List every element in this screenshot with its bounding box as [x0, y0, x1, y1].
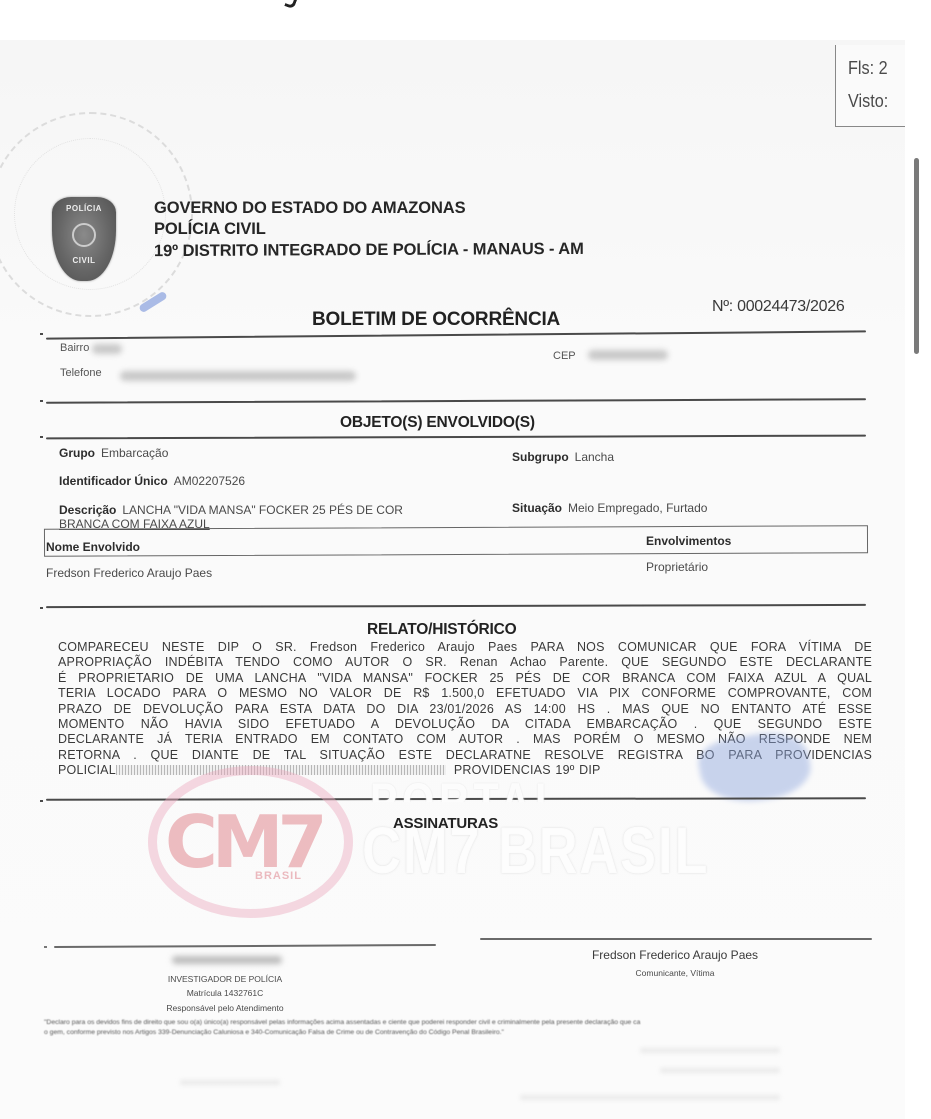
vertical-scrollbar[interactable] — [914, 158, 919, 354]
rule-dot — [40, 800, 43, 802]
cep-label: CEP — [553, 350, 576, 362]
folha-stamp-box: Fls: 2 Visto: — [835, 45, 905, 127]
declaration-line-2: o gem, conforme previsto nos Artigos 339… — [44, 1028, 874, 1038]
document-number: Nº: 00024473/2026 — [712, 298, 844, 316]
involved-table-header — [44, 525, 868, 557]
rule-dot — [44, 946, 47, 948]
rule-dot — [40, 436, 43, 438]
legal-declaration: "Declaro para os devidos fins de direito… — [44, 1018, 874, 1038]
badge-top-text: POLÍCIA — [52, 204, 116, 213]
org-police: POLÍCIA CIVIL — [154, 219, 584, 240]
investigator-role: INVESTIGADOR DE POLÍCIA — [140, 974, 310, 984]
investigator-matricula: Matrícula 1432761C — [140, 988, 310, 998]
involved-role-header: Envolvimentos — [646, 534, 731, 548]
rule-dot — [40, 400, 43, 402]
subgrupo-field: SubgrupoLancha — [512, 450, 614, 464]
telefone-value-redacted — [120, 371, 356, 381]
subgrupo-label: Subgrupo — [512, 450, 569, 464]
victim-name: Fredson Frederico Araujo Paes — [555, 948, 795, 962]
relato-line: COMPARECEU NESTE DIP O SR. Fredson Frede… — [58, 640, 872, 655]
grupo-value: Embarcação — [101, 446, 168, 460]
bleed-through-text — [660, 1068, 780, 1073]
descricao-value: LANCHA "VIDA MANSA" FOCKER 25 PÉS DE COR — [122, 503, 403, 517]
relato-line: PRAZO DE DEVOLUÇÃO PARA ESTA DATA DO DIA… — [58, 702, 872, 717]
bairro-value-redacted — [92, 344, 122, 354]
victim-role: Comunicante, Vítima — [580, 968, 770, 978]
rule-dot — [40, 607, 43, 609]
relato-section-title: RELATO/HISTÓRICO — [367, 621, 517, 639]
investigator-name-redacted — [172, 956, 282, 964]
rule-dot — [40, 333, 43, 335]
signatures-section-title: ASSINATURAS — [393, 815, 498, 832]
watermark-logo-sub: BRASIL — [255, 870, 302, 882]
grupo-label: Grupo — [59, 446, 95, 460]
grupo-field: GrupoEmbarcação — [59, 446, 168, 460]
org-district: 19º DISTRITO INTEGRADO DE POLÍCIA - MANA… — [154, 239, 584, 262]
document-title: BOLETIM DE OCORRÊNCIA — [312, 309, 560, 331]
organization-header: GOVERNO DO ESTADO DO AMAZONAS POLÍCIA CI… — [154, 198, 584, 261]
relato-line: APROPRIAÇÃO INDÉBITA TENDO COMO AUTOR O … — [58, 655, 872, 670]
screenshot-viewer: Fls: 2 Visto: POLÍCIA CIVIL GOVERNO DO E… — [0, 0, 931, 1119]
relato-line: MOMENTO NÃO HAVIA SIDO EFETUADO A DEVOLU… — [58, 717, 872, 732]
bleed-through-text — [640, 1048, 780, 1053]
telefone-label: Telefone — [60, 367, 102, 379]
declaration-line-1: "Declaro para os devidos fins de direito… — [44, 1018, 874, 1028]
relato-line: É PROPRIETARIO DE UMA LANCHA "VIDA MANSA… — [58, 671, 872, 686]
badge-bottom-text: CIVIL — [52, 256, 116, 265]
relato-last-start: POLICIAL — [58, 763, 116, 777]
relato-line: TERIA LOCADO PARA O MESMO NO VALOR DE R$… — [58, 686, 872, 701]
org-government: GOVERNO DO ESTADO DO AMAZONAS — [154, 198, 584, 219]
bairro-label: Bairro — [60, 342, 89, 354]
identificador-field: Identificador ÚnicoAM02207526 — [59, 474, 245, 488]
descricao-field: DescriçãoLANCHA "VIDA MANSA" FOCKER 25 P… — [59, 503, 403, 517]
involved-name-header: Nome Envolvido — [46, 540, 140, 554]
signature-line-right — [480, 938, 872, 940]
visto-label: Visto: — [848, 91, 888, 112]
folha-label: Fls: 2 — [848, 58, 888, 79]
situacao-field: SituaçãoMeio Empregado, Furtado — [512, 501, 707, 515]
situacao-label: Situação — [512, 501, 562, 515]
bleed-through-text — [180, 1080, 280, 1085]
objects-section-title: OBJETO(S) ENVOLVIDO(S) — [340, 414, 535, 432]
identificador-label: Identificador Único — [59, 474, 168, 488]
bleed-through-text — [520, 1095, 780, 1100]
involved-row-name: Fredson Frederico Araujo Paes — [46, 566, 212, 580]
involved-row-role: Proprietário — [646, 560, 708, 574]
cep-value-redacted — [588, 350, 668, 360]
descricao-label: Descrição — [59, 503, 116, 517]
subgrupo-value: Lancha — [575, 450, 614, 464]
badge-emblem-icon — [72, 223, 96, 247]
situacao-value: Meio Empregado, Furtado — [568, 501, 707, 515]
investigator-responsibility: Responsável pelo Atendimento — [140, 1003, 310, 1013]
identificador-value: AM02207526 — [174, 474, 245, 488]
cropped-text-fragment — [284, 0, 298, 9]
